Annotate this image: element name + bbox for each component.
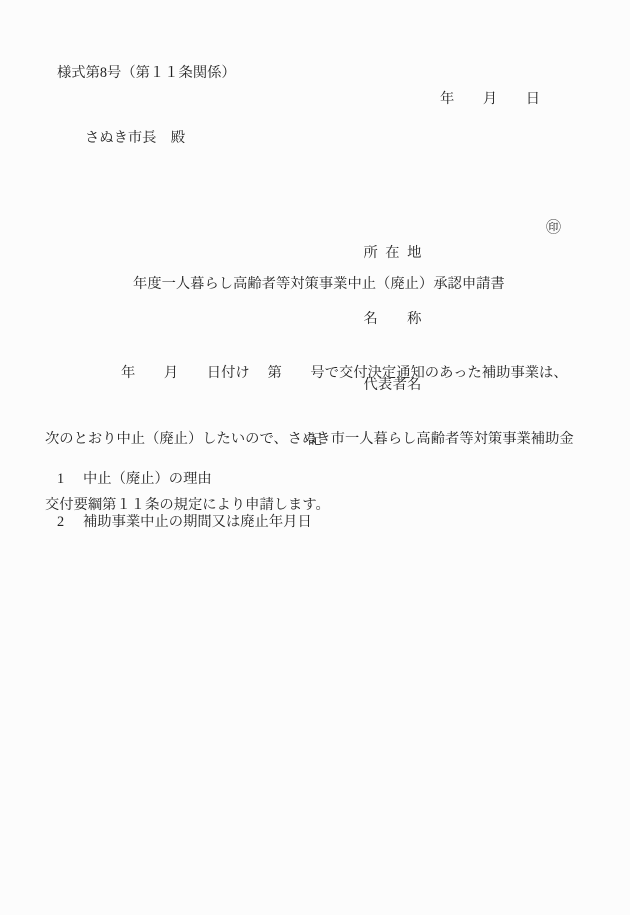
- date-line: 年 月 日: [440, 89, 540, 109]
- seal-mark-icon: ㊞: [546, 217, 561, 239]
- document-title: 年度一人暮らし高齢者等対策事業中止（廃止）承認申請書: [133, 274, 505, 294]
- addressee-line: さぬき市長 殿: [85, 128, 185, 148]
- applicant-address-row: 所在地: [342, 220, 421, 242]
- note-item-1: 1 中止（廃止）の理由: [57, 469, 212, 489]
- form-number-label: 様式第8号（第１１条関係）: [57, 63, 236, 83]
- note-item-2-number: 2: [57, 512, 83, 532]
- note-item-2-text: 補助事業中止の期間又は廃止年月日: [83, 512, 312, 532]
- body-paragraph-line-1: 年 月 日付け 第 号で交付決定通知のあった補助事業は、: [45, 362, 590, 384]
- address-label: 所在地: [363, 242, 421, 264]
- note-item-1-number: 1: [57, 469, 83, 489]
- note-item-2: 2 補助事業中止の期間又は廃止年月日: [57, 512, 312, 532]
- notes-heading: 記: [0, 430, 630, 450]
- document-page: 様式第8号（第１１条関係） 年 月 日 さぬき市長 殿 所在地 名称 代表者名 …: [0, 0, 630, 915]
- note-item-1-text: 中止（廃止）の理由: [83, 469, 212, 489]
